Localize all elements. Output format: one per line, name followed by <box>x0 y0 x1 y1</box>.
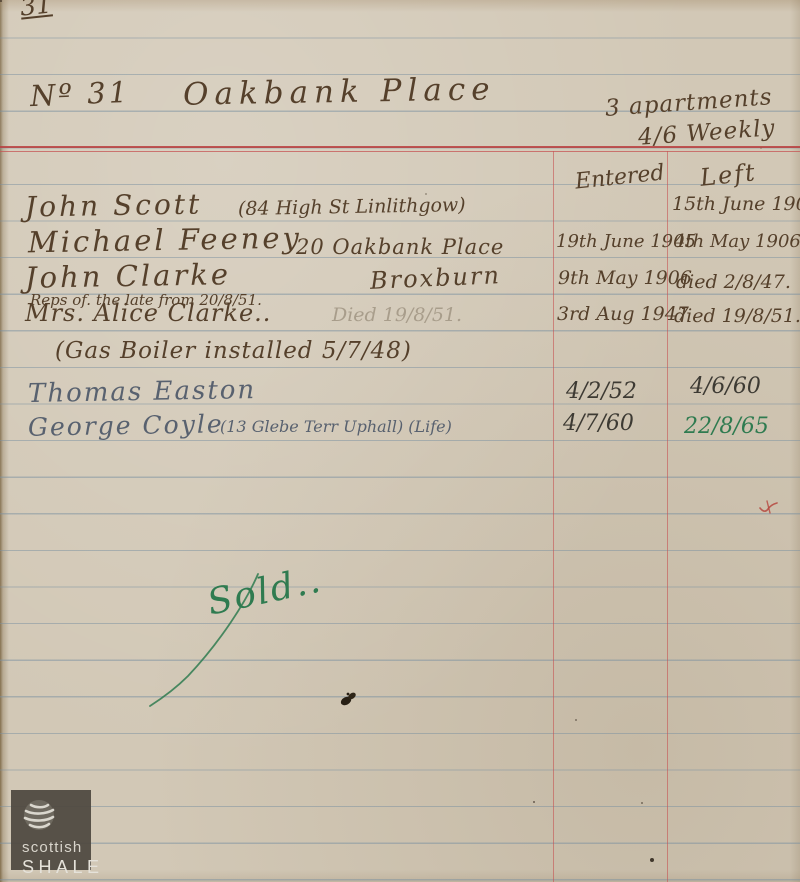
entered-date: 9th May 1906 <box>558 269 692 288</box>
tenant-name: John Scott <box>25 190 203 221</box>
tenant-address: 20 Oakbank Place <box>296 237 504 258</box>
column-header-left: Left <box>699 160 758 190</box>
tenant-name: Michael Feeney <box>28 224 302 258</box>
tenant-address: (13 Glebe Terr Uphall) (Life) <box>220 419 452 435</box>
left-date: 4th May 1906 <box>674 233 800 251</box>
sold-flourish-stroke <box>140 558 280 708</box>
page-corner-number: 31 <box>19 0 53 20</box>
tenant-note: Died 19/8/51. <box>332 306 462 325</box>
tenant-address: (84 High St Linlithgow) <box>238 196 466 219</box>
globe-icon <box>22 798 56 832</box>
tenant-name: Mrs. Alice Clarke.. <box>25 301 271 325</box>
entered-date: 4/7/60 <box>563 413 634 435</box>
left-date: 4/6/60 <box>690 376 761 398</box>
entered-column-rule <box>553 151 554 882</box>
tenant-address: Broxburn <box>370 263 502 293</box>
boiler-note: (Gas Boiler installed 5/7/48) <box>55 340 412 363</box>
left-date: 22/8/65 <box>684 416 769 438</box>
watermark-text-shale: SHALE <box>22 857 91 878</box>
tenant-name: John Clarke <box>25 260 231 293</box>
left-date: died 2/8/47. <box>676 273 791 292</box>
apartments-note: 3 apartments <box>604 86 773 121</box>
tenant-name: Thomas Easton <box>28 377 257 407</box>
left-date: died 19/8/51. <box>674 307 800 326</box>
entered-date: 4/2/52 <box>566 381 637 403</box>
left-date: 15th June 1905 <box>672 195 800 214</box>
scottish-shale-watermark: scottish SHALE <box>11 790 91 870</box>
left-column-rule <box>667 151 668 882</box>
ink-blot <box>336 688 362 710</box>
entered-date: 3rd Aug 1947 <box>557 305 689 324</box>
paper-specks <box>0 0 2 2</box>
ledger-page: 31 Nº 31 Oakbank Place 3 apartments 4/6 … <box>0 0 800 882</box>
house-number: Nº 31 <box>29 78 130 111</box>
watermark-text-scottish: scottish <box>22 839 91 856</box>
column-header-entered: Entered <box>574 162 666 193</box>
tenant-name: George Coyle <box>28 411 224 439</box>
street-name: Oakbank Place <box>183 74 496 110</box>
rent-note: 4/6 Weekly <box>637 117 776 150</box>
red-check-mark <box>757 498 781 520</box>
